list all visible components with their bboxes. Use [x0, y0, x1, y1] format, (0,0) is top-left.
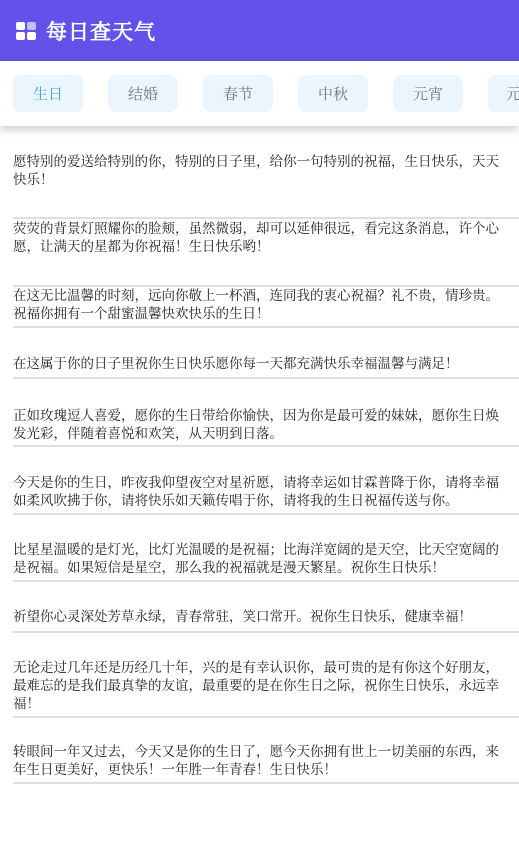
- grid-square-icon: [16, 22, 25, 30]
- message-item[interactable]: 祈望你心灵深处芳草永绿，青春常驻，笑口常开。祝你生日快乐，健康幸福！: [13, 608, 519, 633]
- app-title: 每日查天气: [46, 16, 156, 46]
- tab-mid-autumn[interactable]: 中秋: [298, 75, 368, 112]
- tab-spring-festival[interactable]: 春节: [203, 75, 273, 112]
- grid-apps-icon[interactable]: [16, 22, 36, 40]
- message-item[interactable]: 在这属于你的日子里祝你生日快乐愿你每一天都充满快乐幸福温馨与满足！: [13, 355, 519, 379]
- grid-square-icon: [16, 32, 25, 40]
- message-item[interactable]: 愿特别的爱送给特别的你，特别的日子里，给你一句特别的祝福，生日快乐，天天快乐！: [13, 152, 519, 219]
- message-item[interactable]: 无论走过几年还是历经几十年，兴的是有幸认识你，最可贵的是有你这个好朋友，最难忘的…: [13, 659, 519, 718]
- message-item[interactable]: 今天是你的生日，昨夜我仰望夜空对星祈愿，请将幸运如甘霖普降于你，请将幸福如柔风吹…: [13, 474, 519, 515]
- message-item[interactable]: 在这无比温馨的时刻，远向你敬上一杯酒，连同我的衷心祝福？礼不贵，情珍贵。祝福你拥…: [13, 287, 519, 328]
- tab-wedding[interactable]: 结婚: [108, 75, 178, 112]
- category-tab-bar[interactable]: 生日 结婚 春节 中秋 元宵 元旦: [0, 61, 519, 126]
- tab-birthday[interactable]: 生日: [13, 75, 83, 112]
- grid-square-icon: [27, 22, 36, 30]
- message-item[interactable]: 正如玫瑰逗人喜爱，愿你的生日带给你愉快，因为你是最可爱的妹妹，愿你生日焕发光彩，…: [13, 407, 519, 447]
- message-item[interactable]: 转眼间一年又过去，今天又是你的生日了，愿今天你拥有世上一切美丽的东西，来年生日更…: [13, 743, 519, 784]
- app-header: 每日查天气: [0, 0, 519, 61]
- message-item[interactable]: 比星星温暖的是灯光，比灯光温暖的是祝福；比海洋宽阔的是天空，比天空宽阔的是祝福。…: [13, 541, 519, 582]
- message-item[interactable]: 荧荧的背景灯照耀你的脸颊，虽然微弱，却可以延伸很远，看完这条消息，许个心愿，让满…: [13, 220, 519, 287]
- tab-new-year[interactable]: 元旦: [488, 75, 519, 112]
- grid-square-icon: [27, 32, 36, 40]
- tab-lantern[interactable]: 元宵: [393, 75, 463, 112]
